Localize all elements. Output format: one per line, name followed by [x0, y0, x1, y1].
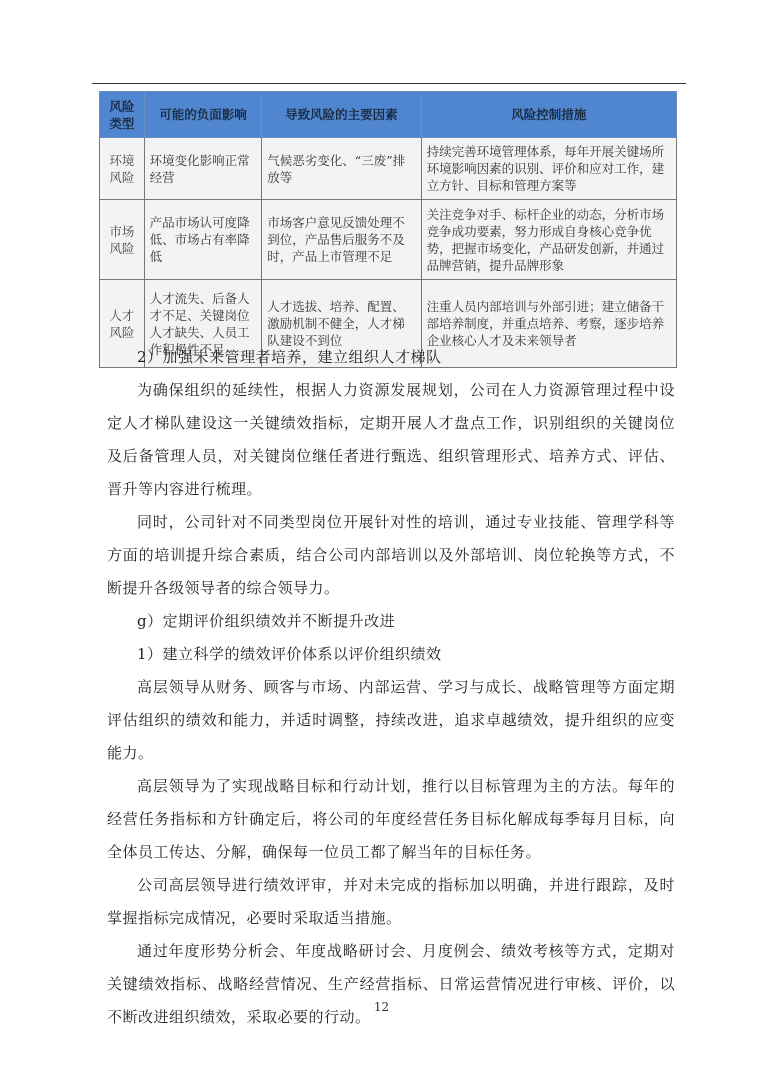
- table-row: 环境 风险 环境变化影响正常经营 气候恶劣变化、“三废”排放等 持续完善环境管理…: [100, 138, 677, 200]
- risk-type-cell: 环境 风险: [100, 138, 145, 200]
- page-number: 12: [0, 1000, 763, 1014]
- section-heading-talent: 2）加强未来管理者培养，建立组织人才梯队: [107, 341, 675, 374]
- header-negative-impact: 可能的负面影响: [144, 92, 262, 138]
- paragraph: 通过年度形势分析会、年度战略研讨会、月度例会、绩效考核等方式，定期对关键绩效指标…: [107, 935, 675, 1034]
- table-row: 市场 风险 产品市场认可度降低、市场占有率降低 市场客户意见反馈处理不到位，产品…: [100, 200, 677, 280]
- section-heading-g: g）定期评价组织绩效并不断提升改进: [107, 605, 675, 638]
- header-control-measures: 风险控制措施: [421, 92, 676, 138]
- table-header-row: 风险 类型 可能的负面影响 导致风险的主要因素 风险控制措施: [100, 92, 677, 138]
- factors-cell: 气候恶劣变化、“三废”排放等: [262, 138, 421, 200]
- measures-cell: 持续完善环境管理体系，每年开展关键场所环境影响因素的识别、评价和应对工作，建立方…: [421, 138, 676, 200]
- paragraph: 公司高层领导进行绩效评审，并对未完成的指标加以明确，并进行跟踪，及时掌握指标完成…: [107, 869, 675, 935]
- impact-cell: 环境变化影响正常经营: [144, 138, 262, 200]
- risk-type-cell: 市场 风险: [100, 200, 145, 280]
- paragraph: 高层领导从财务、顾客与市场、内部运营、学习与成长、战略管理等方面定期评估组织的绩…: [107, 671, 675, 770]
- paragraph: 同时，公司针对不同类型岗位开展针对性的培训，通过专业技能、管理学科等方面的培训提…: [107, 506, 675, 605]
- paragraph: 高层领导为了实现战略目标和行动计划，推行以目标管理为主的方法。每年的经营任务指标…: [107, 770, 675, 869]
- impact-cell: 产品市场认可度降低、市场占有率降低: [144, 200, 262, 280]
- paragraph: 为确保组织的延续性，根据人力资源发展规划，公司在人力资源管理过程中设定人才梯队建…: [107, 374, 675, 506]
- header-rule: [92, 83, 686, 84]
- risk-table: 风险 类型 可能的负面影响 导致风险的主要因素 风险控制措施 环境 风险 环境变…: [99, 91, 677, 368]
- header-main-factors: 导致风险的主要因素: [262, 92, 421, 138]
- measures-cell: 关注竞争对手、标杆企业的动态，分析市场竞争成功要素，努力形成自身核心竞争优势，把…: [421, 200, 676, 280]
- factors-cell: 市场客户意见反馈处理不到位，产品售后服务不及时，产品上市管理不足: [262, 200, 421, 280]
- document-body: 2）加强未来管理者培养，建立组织人才梯队 为确保组织的延续性，根据人力资源发展规…: [107, 341, 675, 1034]
- section-heading-1: 1）建立科学的绩效评价体系以评价组织绩效: [107, 638, 675, 671]
- header-risk-type: 风险 类型: [100, 92, 145, 138]
